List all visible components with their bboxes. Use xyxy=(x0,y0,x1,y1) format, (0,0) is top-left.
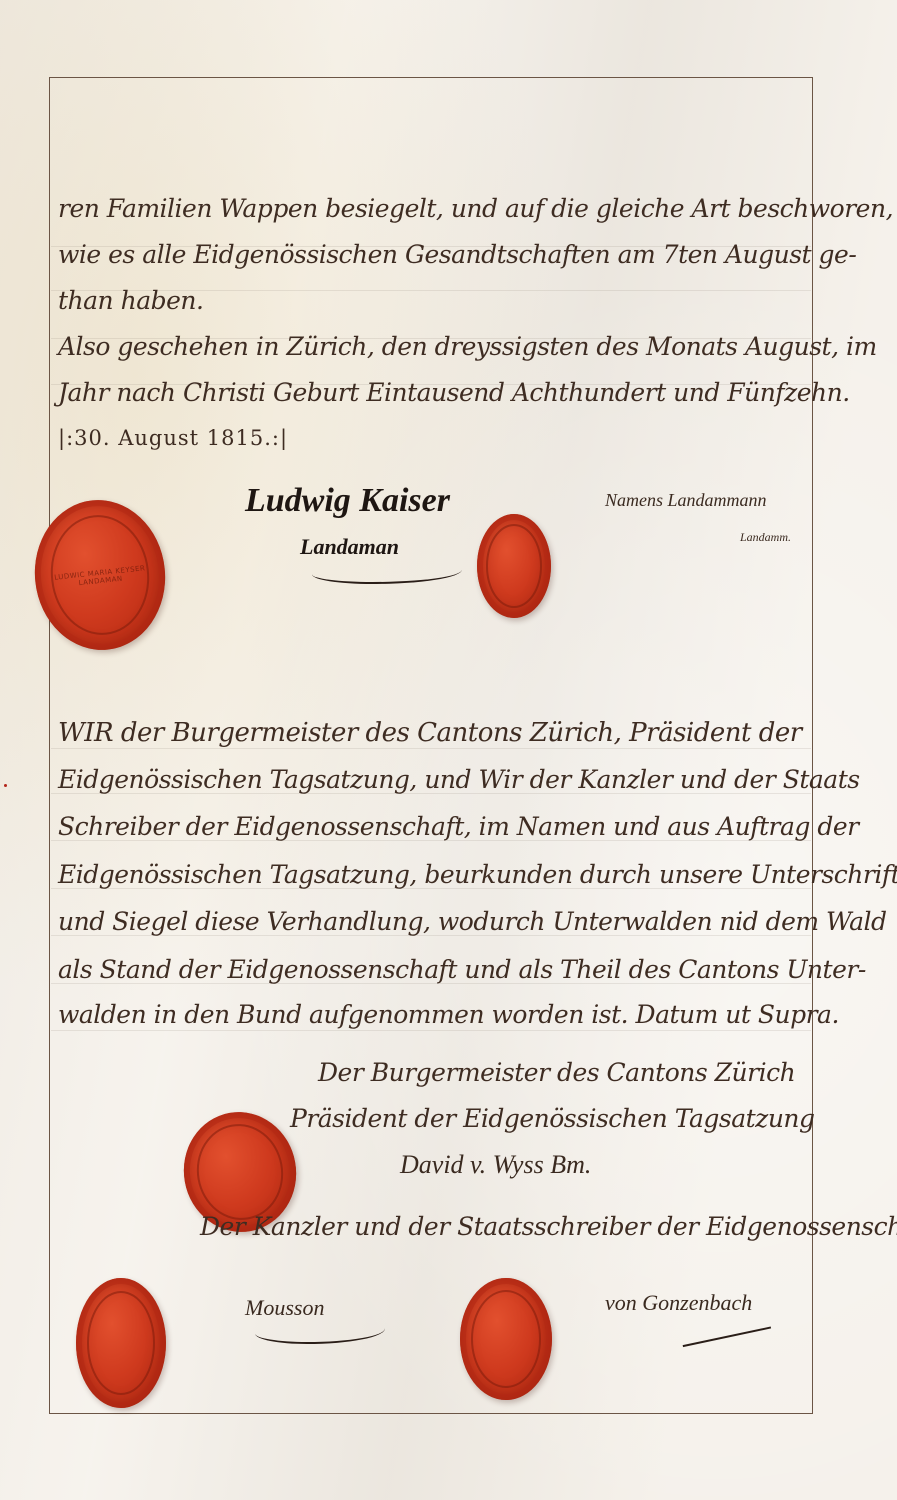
text-line: Schreiber der Eidgenossenschaft, im Name… xyxy=(58,812,859,841)
text-line: Also geschehen in Zürich, den dreyssigst… xyxy=(58,332,877,361)
wax-seal-2 xyxy=(477,514,551,618)
signature-david-v-wyss: David v. Wyss Bm. xyxy=(400,1150,591,1180)
text-line: Jahr nach Christi Geburt Eintausend Acht… xyxy=(58,378,850,407)
text-line: ren Familien Wappen besiegelt, und auf d… xyxy=(58,194,893,223)
seal-rim xyxy=(87,1291,155,1395)
text-line: Eidgenössischen Tagsatzung, beurkunden d… xyxy=(58,860,897,889)
signature-title-right: Landamm. xyxy=(740,530,791,545)
signature-landammann-right: Namens Landammann xyxy=(605,490,767,511)
text-line: wie es alle Eidgenössischen Gesandtschaf… xyxy=(58,240,856,269)
ruled-line xyxy=(51,1030,811,1031)
text-line: als Stand der Eidgenossenschaft und als … xyxy=(58,955,866,984)
signature-ludwig-kaiser: Ludwig Kaiser xyxy=(245,482,450,520)
text-line: walden in den Bund aufgenommen worden is… xyxy=(58,1000,839,1029)
text-line: than haben. xyxy=(58,286,203,315)
closing-title-president: Präsident der Eidgenössischen Tagsatzung xyxy=(290,1104,815,1133)
ruled-line xyxy=(51,748,811,749)
date-line: |:30. August 1815.:| xyxy=(58,426,288,450)
wax-seal-5 xyxy=(460,1278,552,1400)
seal-rim xyxy=(190,1117,290,1226)
signature-staatsschreiber: von Gonzenbach xyxy=(605,1290,752,1316)
text-line: und Siegel diese Verhandlung, wodurch Un… xyxy=(58,907,886,936)
seal-rim xyxy=(486,524,542,607)
text-line: Eidgenössischen Tagsatzung, und Wir der … xyxy=(58,765,860,794)
closing-title-chancellor: Der Kanzler und der Staatsschreiber der … xyxy=(200,1212,897,1241)
document-page: ren Familien Wappen besiegelt, und auf d… xyxy=(0,0,897,1500)
signature-title-landaman: Landaman xyxy=(300,534,399,560)
wax-seal-4 xyxy=(76,1278,166,1408)
text-line: WIR der Burgermeister des Cantons Zürich… xyxy=(58,718,802,748)
red-wax-speck xyxy=(4,784,7,787)
closing-title-burgermeister: Der Burgermeister des Cantons Zürich xyxy=(318,1058,795,1087)
seal-rim xyxy=(471,1290,541,1388)
